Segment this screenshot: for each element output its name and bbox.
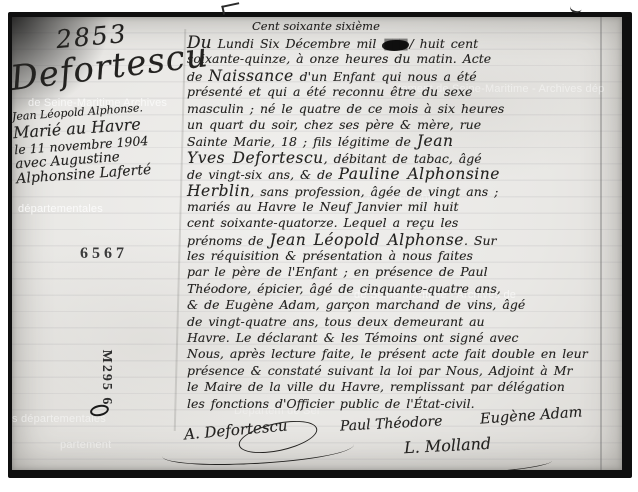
act-text-segment: / huit cent xyxy=(409,36,478,51)
act-line: prénoms de Jean Léopold Alphonse. Sur xyxy=(187,232,622,248)
act-text-segment: Nous, après lecture faite, le présent ac… xyxy=(187,346,588,361)
act-line: présenté et qui a été reconnu être du se… xyxy=(187,84,622,100)
act-text-segment: présenté et qui a été reconnu être du se… xyxy=(187,84,472,99)
act-text-segment: . Sur xyxy=(464,233,497,248)
act-line: de Naissance d'un Enfant qui nous a été xyxy=(187,68,622,84)
act-text-segment: masculin ; né le quatre de ce mois à six… xyxy=(187,101,504,116)
interline-correction: Cent soixante sixième xyxy=(252,19,380,33)
act-text-segment: de vingt-six ans, & de xyxy=(187,167,339,182)
act-line: & de Eugène Adam, garçon marchand de vin… xyxy=(187,297,622,313)
archive-stamp-number: 6567 xyxy=(80,245,128,263)
act-text-segment: cent soixante-quatorze. Lequel a reçu le… xyxy=(187,215,458,230)
scanned-register-page: de Seine-Maritime Archives tement de Sei… xyxy=(0,0,638,492)
act-text-segment: Naissance xyxy=(208,67,293,85)
margin-marriage-note: Jean Léopold Alphonse. Marié au Havre le… xyxy=(12,97,197,187)
act-text-segment: Sainte Marie, 18 ; fils légitime de xyxy=(187,134,417,149)
act-text-segment: prénoms de xyxy=(187,233,270,248)
act-line: de vingt-six ans, & de Pauline Alphonsin… xyxy=(187,166,622,182)
act-line: soixante-quinze, à onze heures du matin.… xyxy=(187,51,622,67)
act-line: un quart du soir, chez ses père & mère, … xyxy=(187,117,622,133)
act-text-segment: Herblin xyxy=(187,182,250,200)
act-text-segment: Théodore, épicier, âgé de cinquante-quat… xyxy=(187,281,501,296)
act-text-segment: les fonctions d'Officier public de l'Éta… xyxy=(187,396,475,411)
act-text-segment: par le père de l'Enfant ; en présence de… xyxy=(187,264,488,279)
act-text-segment: Pauline Alphonsine xyxy=(339,165,500,183)
signature-officer: L. Molland xyxy=(404,434,492,458)
act-lines: Du Lundi Six Décembre mil ███/ huit cent… xyxy=(187,35,622,412)
act-text-segment: , sans profession, âgée de vingt ans ; xyxy=(250,184,498,199)
act-text-segment: Lundi Six Décembre mil xyxy=(212,36,383,51)
act-text-segment: & de Eugène Adam, garçon marchand de vin… xyxy=(187,297,525,312)
act-line: mariés au Havre le Neuf Janvier mil huit xyxy=(187,199,622,215)
act-text-segment: présence & constaté suivant la loi par N… xyxy=(187,363,572,378)
act-line: Théodore, épicier, âgé de cinquante-quat… xyxy=(187,281,622,297)
act-line: cent soixante-quatorze. Lequel a reçu le… xyxy=(187,215,622,231)
watermark-fragment: départementales xyxy=(18,203,103,215)
act-line: Sainte Marie, 18 ; fils légitime de Jean xyxy=(187,133,622,149)
act-line: masculin ; né le quatre de ce mois à six… xyxy=(187,101,622,117)
act-line: Yves Defortescu, débitant de tabac, âgé xyxy=(187,150,622,166)
act-text-segment: Du xyxy=(187,33,212,53)
act-text-segment: un quart du soir, chez ses père & mère, … xyxy=(187,117,481,132)
act-text-segment: Jean Léopold Alphonse xyxy=(270,231,464,249)
signature-witness-1: Paul Théodore xyxy=(340,413,443,434)
act-line: de vingt-quatre ans, tous deux demeurant… xyxy=(187,314,622,330)
act-text-segment: Jean xyxy=(417,132,454,150)
act-text-segment: mariés au Havre le Neuf Janvier mil huit xyxy=(187,199,459,214)
watermark-fragment: partement xyxy=(60,439,111,451)
act-text-segment: de xyxy=(187,69,208,84)
act-text-segment: soixante-quinze, à onze heures du matin.… xyxy=(187,51,491,66)
crossed-out-word: ███ xyxy=(382,40,409,51)
act-line: Havre. Le déclarant & les Témoins ont si… xyxy=(187,330,622,346)
binding-crease xyxy=(174,29,186,431)
act-line: par le père de l'Enfant ; en présence de… xyxy=(187,264,622,280)
act-text-segment: les réquisition & présentation à nous fa… xyxy=(187,248,473,263)
act-line: Herblin, sans profession, âgée de vingt … xyxy=(187,183,622,199)
act-text-segment: d'un Enfant qui nous a été xyxy=(294,69,477,84)
register-page: de Seine-Maritime Archives tement de Sei… xyxy=(12,17,622,470)
act-line: le Maire de la ville du Havre, remplissa… xyxy=(187,379,622,395)
act-line: Nous, après lecture faite, le présent ac… xyxy=(187,346,622,362)
act-line: les réquisition & présentation à nous fa… xyxy=(187,248,622,264)
act-text-segment: de vingt-quatre ans, tous deux demeurant… xyxy=(187,314,485,329)
signature-flourish-line xyxy=(162,434,355,468)
act-line: présence & constaté suivant la loi par N… xyxy=(187,363,622,379)
act-text-segment: Yves Defortescu xyxy=(187,149,324,167)
act-text-segment: le Maire de la ville du Havre, remplissa… xyxy=(187,379,565,394)
act-text-segment: Havre. Le déclarant & les Témoins ont si… xyxy=(187,330,519,345)
act-text-segment: , débitant de tabac, âgé xyxy=(324,151,482,166)
act-line: Du Lundi Six Décembre mil ███/ huit cent xyxy=(187,35,622,51)
